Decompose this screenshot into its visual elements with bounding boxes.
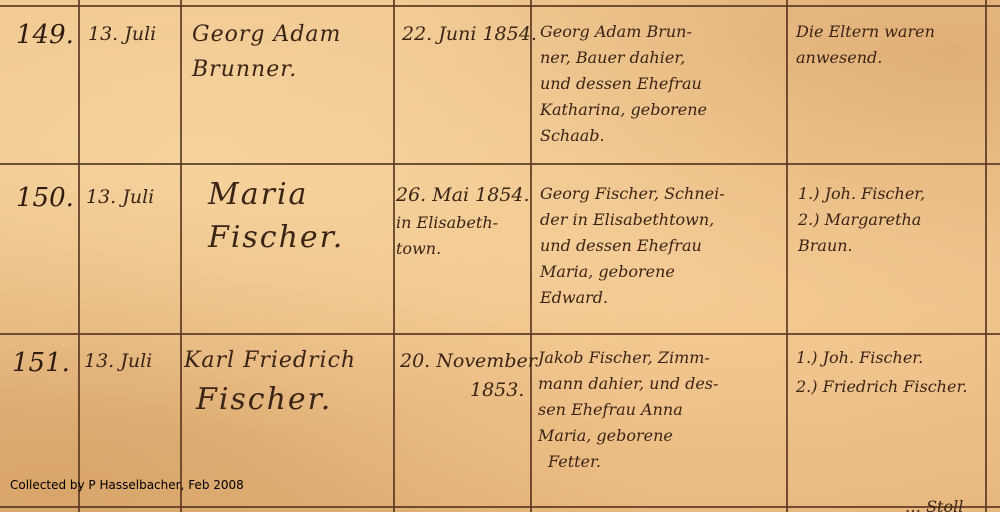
godparents-line: 2.) Friedrich Fischer. xyxy=(796,379,967,395)
godparents-line: 2.) Margaretha xyxy=(798,212,925,228)
godparents-line: 1.) Joh. Fischer. xyxy=(796,350,967,366)
birth-date: 20. November 1853. xyxy=(400,352,537,410)
birth-date-line: 22. Juni 1854. xyxy=(402,25,537,44)
child-name-line: Brunner. xyxy=(192,59,341,81)
birth-date: 22. Juni 1854. xyxy=(402,25,537,57)
credit-caption: Collected by P Hasselbacher, Feb 2008 xyxy=(10,478,244,492)
column-rule-2 xyxy=(180,0,182,512)
parents-line: Georg Adam Brun- xyxy=(540,24,707,40)
row-rule-2 xyxy=(0,333,1000,335)
next-row-fragment: … Stoll xyxy=(905,497,963,512)
birth-date-line: in Elisabeth- xyxy=(396,215,530,231)
parents-line: Schaab. xyxy=(540,128,707,144)
godparents: 1.) Joh. Fischer. 2.) Friedrich Fischer. xyxy=(796,350,967,408)
baptism-date: 13. Juli xyxy=(84,352,152,371)
baptism-date: 13. Juli xyxy=(88,25,156,44)
parents: Jakob Fischer, Zimm- mann dahier, und de… xyxy=(538,350,718,480)
parents-line: und dessen Ehefrau xyxy=(540,238,725,254)
child-name-line: Fischer. xyxy=(184,385,356,415)
child-name-line: Maria xyxy=(208,180,344,210)
child-name-line: Fischer. xyxy=(208,223,344,253)
child-name-line: Karl Friedrich xyxy=(184,350,356,372)
birth-date-line: town. xyxy=(396,241,530,257)
godparents-line: anwesend. xyxy=(796,50,935,66)
parents: Georg Fischer, Schnei- der in Elisabetht… xyxy=(540,186,725,316)
row-rule-top xyxy=(0,5,1000,7)
parents-line: und dessen Ehefrau xyxy=(540,76,707,92)
child-name: Karl Friedrich Fischer. xyxy=(184,350,356,428)
baptism-date: 13. Juli xyxy=(86,188,154,207)
child-name-line: Georg Adam xyxy=(192,24,341,46)
entry-number: 151. xyxy=(12,350,70,376)
column-rule-1 xyxy=(78,0,80,512)
parents-line: Katharina, geborene xyxy=(540,102,707,118)
birth-date-line: 20. November xyxy=(400,352,537,371)
birth-date-line: 1853. xyxy=(400,381,537,400)
column-rule-5 xyxy=(786,0,788,512)
parents: Georg Adam Brun- ner, Bauer dahier, und … xyxy=(540,24,707,154)
parents-line: mann dahier, und des- xyxy=(538,376,718,392)
parents-line: Edward. xyxy=(540,290,725,306)
register-page: 149. 13. Juli Georg Adam Brunner. 22. Ju… xyxy=(0,0,1000,512)
entry-number: 150. xyxy=(16,185,74,211)
godparents-line: Die Eltern waren xyxy=(796,24,935,40)
godparents-line: Braun. xyxy=(798,238,925,254)
parents-line: Maria, geborene xyxy=(538,428,718,444)
birth-date: 26. Mai 1854. in Elisabeth- town. xyxy=(396,186,530,267)
godparents: 1.) Joh. Fischer, 2.) Margaretha Braun. xyxy=(798,186,925,264)
row-rule-1 xyxy=(0,163,1000,165)
godparents-line: 1.) Joh. Fischer, xyxy=(798,186,925,202)
column-rule-4 xyxy=(530,0,532,512)
parents-line: sen Ehefrau Anna xyxy=(538,402,718,418)
child-name: Maria Fischer. xyxy=(208,180,344,266)
column-rule-6 xyxy=(985,0,987,512)
parents-line: Jakob Fischer, Zimm- xyxy=(538,350,718,366)
child-name: Georg Adam Brunner. xyxy=(192,24,341,94)
row-rule-3 xyxy=(0,506,1000,508)
parents-line: Maria, geborene xyxy=(540,264,725,280)
parents-line: Georg Fischer, Schnei- xyxy=(540,186,725,202)
parents-line: ner, Bauer dahier, xyxy=(540,50,707,66)
godparents: Die Eltern waren anwesend. xyxy=(796,24,935,76)
entry-number: 149. xyxy=(16,22,74,48)
column-rule-3 xyxy=(393,0,395,512)
parents-line: der in Elisabethtown, xyxy=(540,212,725,228)
birth-date-line: 26. Mai 1854. xyxy=(396,186,530,205)
parents-line: Fetter. xyxy=(538,454,718,470)
